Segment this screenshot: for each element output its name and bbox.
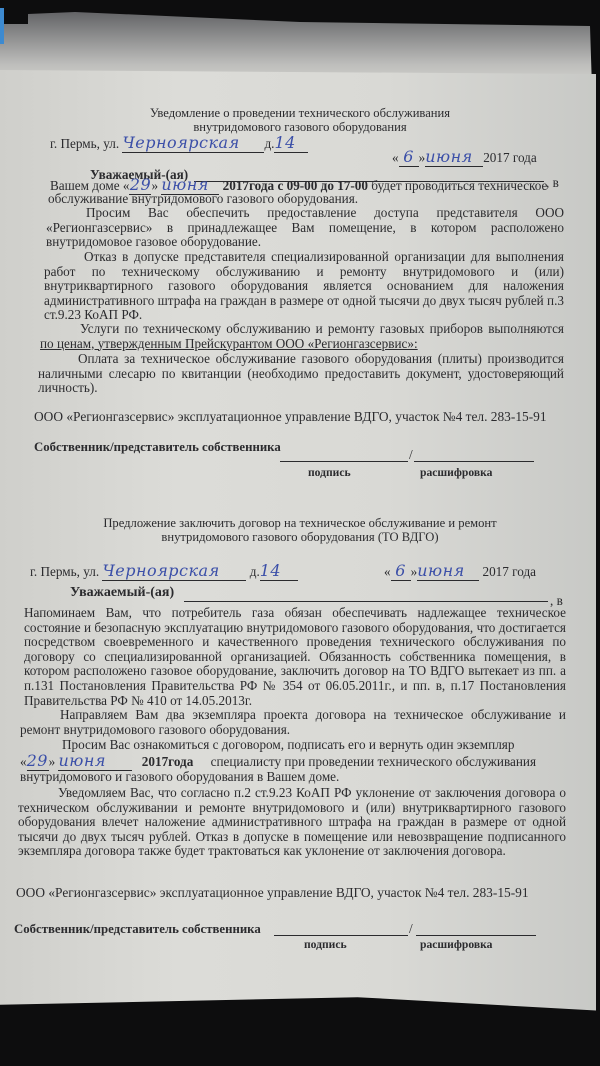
notice-para-refusal: Отказ в допуске представителя специализи… <box>44 250 564 323</box>
offer-para-sending: Направляем Вам два экземпляра проекта до… <box>20 708 566 737</box>
offer-greeting: Уважаемый-(ая) <box>70 586 174 601</box>
house-field[interactable]: 14 <box>274 136 308 153</box>
day-handwritten: 6 <box>395 561 406 580</box>
offer-title: Предложение заключить договор на техниче… <box>0 516 600 544</box>
street-field[interactable]: Черноярская <box>102 564 246 581</box>
notice-signature-field[interactable] <box>280 461 408 462</box>
notice-signature-label: Собственник/представитель собственника <box>34 440 281 455</box>
house-handwritten: 14 <box>274 133 295 152</box>
notice-comma-v: , в <box>546 176 559 191</box>
offer-signature-field[interactable] <box>274 935 408 936</box>
offer-return-line1: Просим Вас ознакомиться с договором, под… <box>62 738 514 753</box>
notice-decoding-field[interactable] <box>414 461 534 462</box>
notice-address-line: г. Пермь, ул. Черноярскаяд.14 <box>50 136 308 153</box>
offer-title-line1: Предложение заключить договор на техниче… <box>0 516 600 530</box>
notice-decoding-sub: расшифровка <box>420 466 492 481</box>
house-handwritten: 14 <box>260 561 281 580</box>
notice-title: Уведомление о проведении технического об… <box>0 106 600 134</box>
notice-title-line1: Уведомление о проведении технического об… <box>0 106 600 120</box>
return-year: 2017года <box>142 754 194 769</box>
services-underlined: по ценам, утвержденным Прейскурантом ООО… <box>40 336 418 351</box>
offer-footer-org: ООО «Регионгазсервис» эксплуатационное у… <box>16 886 529 901</box>
offer-date-line: «6»июня 2017 года <box>384 564 536 581</box>
offer-decoding-field[interactable] <box>416 935 536 936</box>
quote-close: » <box>49 754 56 769</box>
quote-open: « <box>384 564 391 579</box>
offer-signature-label: Собственник/представитель собственника <box>14 922 261 937</box>
offer-return-line3: внутридомового и газового оборудования в… <box>20 770 339 785</box>
street-handwritten: Черноярская <box>122 133 239 152</box>
street-handwritten: Черноярская <box>102 561 219 580</box>
day-field[interactable]: 6 <box>399 150 419 167</box>
quote-open: « <box>392 150 399 165</box>
day-field[interactable]: 6 <box>391 564 411 581</box>
notice-para-access: Просим Вас обеспечить предоставление дос… <box>46 206 564 250</box>
offer-address-line: г. Пермь, ул. Черноярская д.14 <box>30 564 298 581</box>
month-handwritten: июня <box>425 147 473 166</box>
notice-signature-sub: подпись <box>308 466 351 481</box>
return-month-handwritten: июня <box>58 751 106 770</box>
house-field[interactable]: 14 <box>260 564 298 581</box>
year-text: 2017 года <box>483 150 537 165</box>
offer-signature-slash: / <box>409 922 413 937</box>
offer-para-reminder: Напоминаем Вам, что потребитель газа обя… <box>24 606 566 708</box>
offer-signature-sub: подпись <box>304 938 347 953</box>
month-field[interactable]: июня <box>425 150 483 167</box>
city-street-label: г. Пермь, ул. <box>30 564 99 579</box>
notice-signature-slash: / <box>409 448 413 463</box>
year-text: 2017 года <box>482 564 536 579</box>
offer-decoding-sub: расшифровка <box>420 938 492 953</box>
visit-suffix: будет проводиться техническое <box>371 178 547 193</box>
offer-para-warning: Уведомляем Вас, что согласно п.2 ст.9.23… <box>18 786 566 859</box>
notice-para-payment: Оплата за техническое обслуживание газов… <box>38 352 564 396</box>
background-blue-object <box>0 8 4 44</box>
return-suffix: специалисту при проведении технического … <box>211 754 536 769</box>
day-handwritten: 6 <box>403 147 414 166</box>
city-street-label: г. Пермь, ул. <box>50 136 119 151</box>
quote-open: « <box>20 754 27 769</box>
house-label: д. <box>250 564 260 579</box>
month-handwritten: июня <box>417 561 465 580</box>
notice-title-line2: внутридомового газового оборудования <box>0 120 600 134</box>
notice-para-services: Услуги по техническому обслуживанию и ре… <box>40 322 564 351</box>
offer-title-line2: внутридомового газового оборудования (ТО… <box>0 530 600 544</box>
month-field[interactable]: июня <box>417 564 479 581</box>
quote-close: » <box>419 150 426 165</box>
street-field[interactable]: Черноярская <box>122 136 264 153</box>
return-day-handwritten: 29 <box>27 751 48 770</box>
services-text: Услуги по техническому обслуживанию и ре… <box>80 321 564 336</box>
house-label: д. <box>264 136 274 151</box>
notice-date-line: «6»июня2017 года <box>392 150 537 167</box>
quote-close: » <box>411 564 418 579</box>
notice-footer-org: ООО «Регионгазсервис» эксплуатационное у… <box>34 410 547 425</box>
recipient-name-field[interactable] <box>184 601 548 602</box>
